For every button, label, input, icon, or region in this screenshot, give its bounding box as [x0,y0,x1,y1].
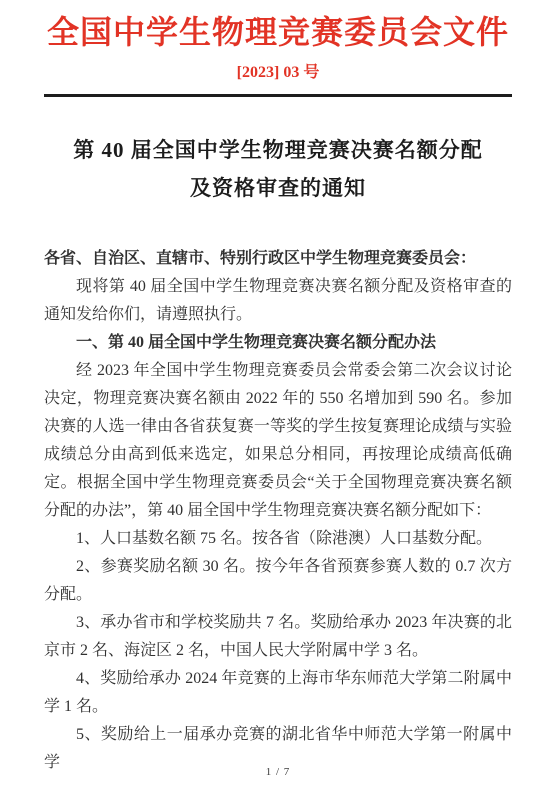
paragraph-allocation: 经 2023 年全国中学生物理竞赛委员会常委会第二次会议讨论决定，物理竞赛决赛名… [44,357,512,525]
doc-title-line-1: 第 40 届全国中学生物理竞赛决赛名额分配 [0,131,556,169]
list-item-2: 2、参赛奖励名额 30 名。按今年各省预赛参赛人数的 0.7 次方分配。 [44,553,512,609]
header-rule [44,94,512,97]
document-header: 全国中学生物理竞赛委员会文件 [2023] 03 号 [0,0,556,97]
doc-title: 第 40 届全国中学生物理竞赛决赛名额分配 及资格审查的通知 [0,131,556,207]
page-number: 1 / 7 [0,766,556,778]
salutation: 各省、自治区、直辖市、特别行政区中学生物理竞赛委员会： [44,245,512,273]
document-page: 全国中学生物理竞赛委员会文件 [2023] 03 号 第 40 届全国中学生物理… [0,0,556,790]
doc-number: [2023] 03 号 [0,63,556,83]
section-heading-1: 一、第 40 届全国中学生物理竞赛决赛名额分配办法 [44,329,512,357]
paragraph-intro: 现将第 40 届全国中学生物理竞赛决赛名额分配及资格审查的通知发给你们，请遵照执… [44,273,512,329]
list-item-1: 1、人口基数名额 75 名。按各省（除港澳）人口基数分配。 [44,525,512,553]
list-item-4: 4、奖励给承办 2024 年竞赛的上海市华东师范大学第二附属中学 1 名。 [44,665,512,721]
doc-body: 各省、自治区、直辖市、特别行政区中学生物理竞赛委员会： 现将第 40 届全国中学… [44,245,512,777]
org-title: 全国中学生物理竞赛委员会文件 [0,14,556,50]
list-item-3: 3、承办省市和学校奖励共 7 名。奖励给承办 2023 年决赛的北京市 2 名、… [44,609,512,665]
doc-title-line-2: 及资格审查的通知 [0,169,556,207]
